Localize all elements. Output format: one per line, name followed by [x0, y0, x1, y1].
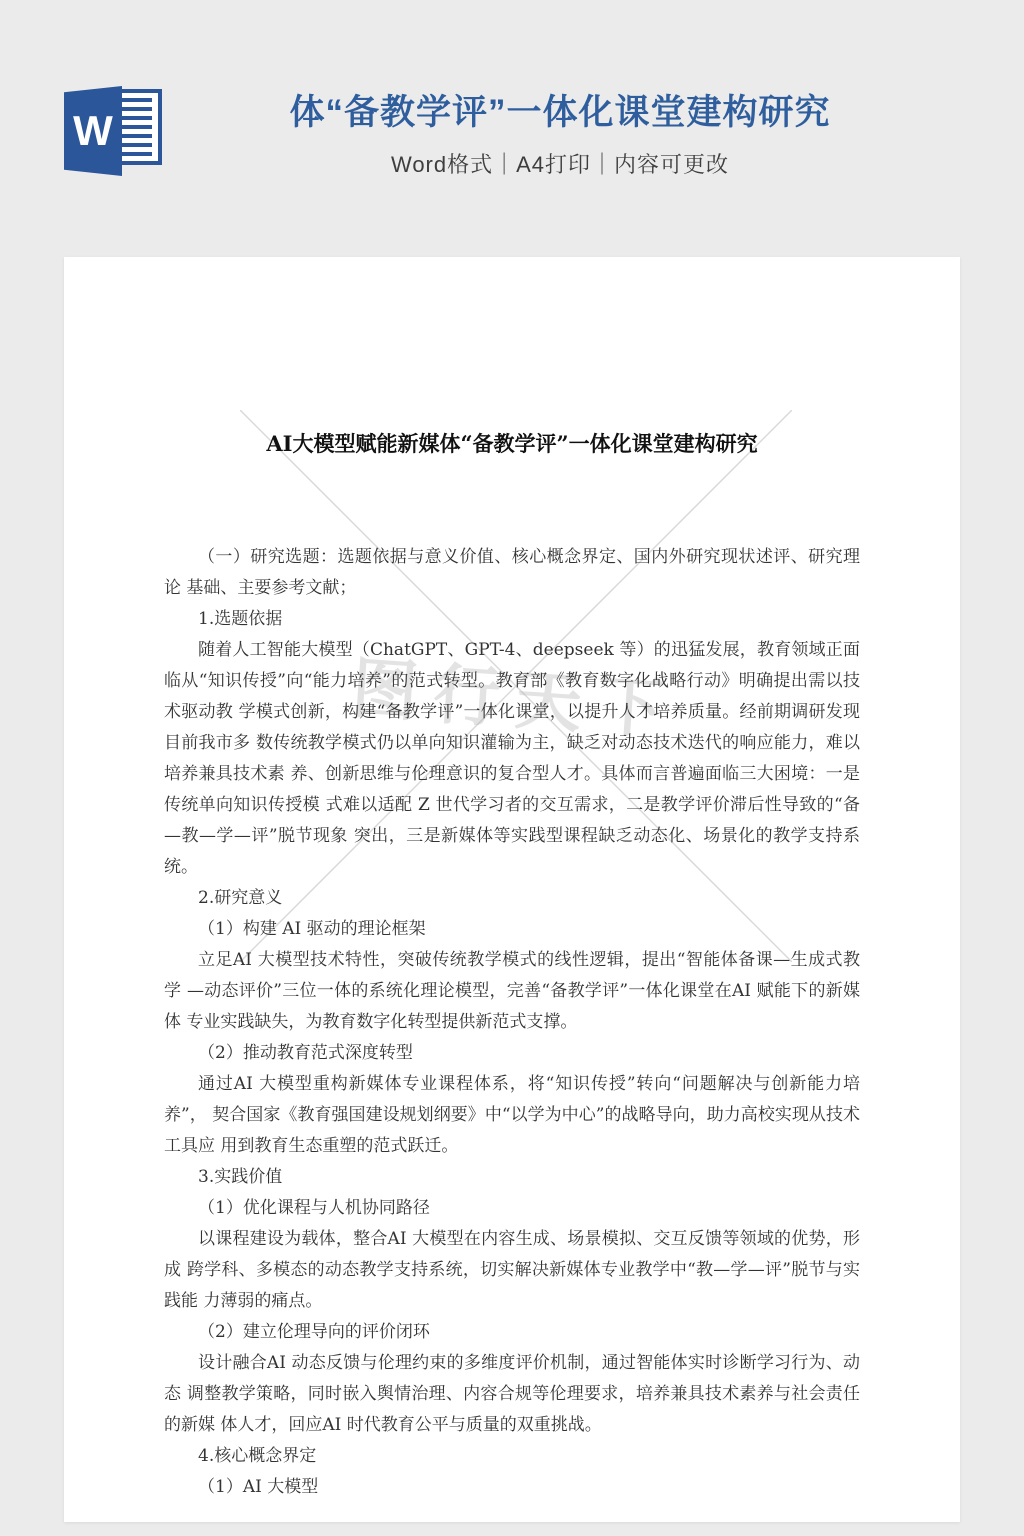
header-text-block: 体“备教学评”一体化课堂建构研究 Word格式｜A4打印｜内容可更改 [170, 92, 950, 179]
document-body: （一）研究选题：选题依据与意义价值、核心概念界定、国内外研究现状述评、研究理论 … [164, 542, 860, 1503]
document-paragraph: 2.研究意义 [164, 883, 860, 914]
document-title: AI大模型赋能新媒体“备教学评”一体化课堂建构研究 [164, 429, 860, 458]
document-paragraph: （1）构建 AI 驱动的理论框架 [164, 914, 860, 945]
document-paragraph: 通过AI 大模型重构新媒体专业课程体系，将“知识传授”转向“问题解决与创新能力培… [164, 1069, 860, 1162]
word-file-icon: W [64, 86, 156, 178]
document-paragraph: （一）研究选题：选题依据与意义价值、核心概念界定、国内外研究现状述评、研究理论 … [164, 542, 860, 604]
document-paragraph: 3.实践价值 [164, 1162, 860, 1193]
template-format-info: Word格式｜A4打印｜内容可更改 [170, 148, 950, 179]
document-paragraph: 随着人工智能大模型（ChatGPT、GPT-4、deepseek 等）的迅猛发展… [164, 635, 860, 883]
document-content: AI大模型赋能新媒体“备教学评”一体化课堂建构研究 （一）研究选题：选题依据与意… [64, 257, 960, 1503]
word-w-panel-icon: W [64, 86, 122, 176]
document-paragraph: （1）AI 大模型 [164, 1472, 860, 1503]
document-page-preview: 图行天下 AI大模型赋能新媒体“备教学评”一体化课堂建构研究 （一）研究选题：选… [64, 257, 960, 1522]
word-w-letter: W [73, 110, 113, 152]
document-paragraph: 4.核心概念界定 [164, 1441, 860, 1472]
document-paragraph: 立足AI 大模型技术特性，突破传统教学模式的线性逻辑，提出“智能体备课—生成式教… [164, 945, 860, 1038]
document-paragraph: （2）建立伦理导向的评价闭环 [164, 1317, 860, 1348]
document-paragraph: 设计融合AI 动态反馈与伦理约束的多维度评价机制，通过智能体实时诊断学习行为、动… [164, 1348, 860, 1441]
document-paragraph: 1.选题依据 [164, 604, 860, 635]
document-paragraph: 以课程建设为载体，整合AI 大模型在内容生成、场景模拟、交互反馈等领域的优势，形… [164, 1224, 860, 1317]
document-paragraph: （2）推动教育范式深度转型 [164, 1038, 860, 1069]
template-title: 体“备教学评”一体化课堂建构研究 [170, 92, 950, 134]
site-header: W 体“备教学评”一体化课堂建构研究 Word格式｜A4打印｜内容可更改 [0, 0, 1024, 255]
document-paragraph: （1）优化课程与人机协同路径 [164, 1193, 860, 1224]
